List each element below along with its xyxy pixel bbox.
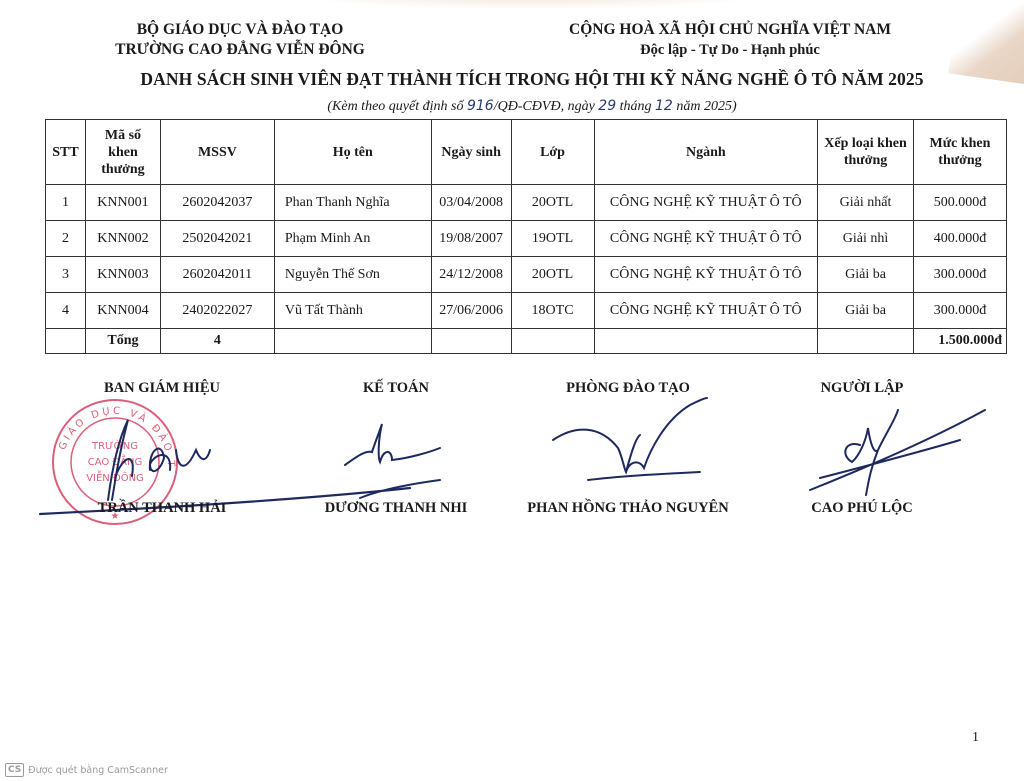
scanner-watermark: CS Được quét bằng CamScanner <box>5 763 168 777</box>
cell-dob: 19/08/2007 <box>431 221 511 257</box>
cell-major: CÔNG NGHỆ KỸ THUẬT Ô TÔ <box>594 221 818 257</box>
cell-amount: 400.000đ <box>913 221 1006 257</box>
ministry-header: BỘ GIÁO DỤC VÀ ĐÀO TẠO TRƯỜNG CAO ĐẲNG V… <box>90 20 390 60</box>
cell-class: 18OTC <box>511 293 594 329</box>
ministry-name: BỘ GIÁO DỤC VÀ ĐÀO TẠO <box>90 20 390 40</box>
table-row: 2KNN0022502042021Phạm Minh An19/08/20071… <box>46 221 1007 257</box>
cell-name: Nguyễn Thế Sơn <box>274 257 431 293</box>
table-row: 3KNN0032602042011Nguyễn Thế Sơn24/12/200… <box>46 257 1007 293</box>
total-empty-cell <box>274 329 431 354</box>
document-title: DANH SÁCH SINH VIÊN ĐẠT THÀNH TÍCH TRONG… <box>0 69 1024 90</box>
table-row: 1KNN0012602042037Phan Thanh Nghĩa03/04/2… <box>46 185 1007 221</box>
cell-name: Phan Thanh Nghĩa <box>274 185 431 221</box>
table-row: 4KNN0042402022027Vũ Tất Thành27/06/20061… <box>46 293 1007 329</box>
cell-rank: Giải nhất <box>818 185 914 221</box>
cell-stt: 2 <box>46 221 86 257</box>
column-header: Ngành <box>594 120 818 185</box>
cell-code: KNN004 <box>85 293 160 329</box>
subtitle-suffix: năm 2025) <box>673 99 737 114</box>
total-empty-cell <box>818 329 914 354</box>
column-header: Mã số khen thưởng <box>85 120 160 185</box>
cell-dob: 27/06/2006 <box>431 293 511 329</box>
cell-stt: 3 <box>46 257 86 293</box>
cell-name: Phạm Minh An <box>274 221 431 257</box>
cell-code: KNN003 <box>85 257 160 293</box>
cell-amount: 300.000đ <box>913 293 1006 329</box>
signature-accountant <box>345 424 440 465</box>
cell-class: 20OTL <box>511 185 594 221</box>
total-count: 4 <box>160 329 274 354</box>
signature-name-preparer: CAO PHÚ LỘC <box>742 500 982 517</box>
scan-shadow-top <box>250 0 810 8</box>
national-header: CỘNG HOÀ XÃ HỘI CHỦ NGHĨA VIỆT NAM Độc l… <box>540 20 920 60</box>
total-empty-cell <box>431 329 511 354</box>
signature-role-training: PHÒNG ĐÀO TẠO <box>508 380 748 397</box>
cell-stt: 4 <box>46 293 86 329</box>
national-motto: Độc lập - Tự Do - Hạnh phúc <box>540 40 920 60</box>
cell-amount: 300.000đ <box>913 257 1006 293</box>
decision-day: 29 <box>598 98 616 114</box>
cell-code: KNN001 <box>85 185 160 221</box>
svg-text:TRƯỜNG: TRƯỜNG <box>91 439 138 452</box>
cell-rank: Giải ba <box>818 293 914 329</box>
cell-rank: Giải nhì <box>818 221 914 257</box>
decision-number: 916 <box>467 98 494 114</box>
signature-name-accountant: DƯƠNG THANH NHI <box>276 500 516 517</box>
award-table: STTMã số khen thưởngMSSVHọ tênNgày sinhL… <box>45 119 1007 354</box>
table-header-row: STTMã số khen thưởngMSSVHọ tênNgày sinhL… <box>46 120 1007 185</box>
cell-dob: 03/04/2008 <box>431 185 511 221</box>
column-header: Lớp <box>511 120 594 185</box>
cell-class: 20OTL <box>511 257 594 293</box>
subtitle-mid2: tháng <box>616 99 655 114</box>
cell-mssv: 2502042021 <box>160 221 274 257</box>
cell-mssv: 2402022027 <box>160 293 274 329</box>
column-header: MSSV <box>160 120 274 185</box>
total-empty-cell <box>46 329 86 354</box>
signature-preparer <box>810 410 985 495</box>
total-amount: 1.500.000đ <box>913 329 1006 354</box>
signature-name-board: TRẦN THANH HẢI <box>42 500 282 517</box>
total-label: Tổng <box>85 329 160 354</box>
cell-dob: 24/12/2008 <box>431 257 511 293</box>
signature-role-board: BAN GIÁM HIỆU <box>42 380 282 397</box>
total-empty-cell <box>511 329 594 354</box>
decision-month: 12 <box>655 98 673 114</box>
subtitle-prefix: (Kèm theo quyết định số <box>327 99 467 114</box>
total-empty-cell <box>594 329 818 354</box>
column-header: STT <box>46 120 86 185</box>
cell-major: CÔNG NGHỆ KỸ THUẬT Ô TÔ <box>594 257 818 293</box>
signature-role-accountant: KẾ TOÁN <box>276 380 516 397</box>
document-subtitle: (Kèm theo quyết định số 916/QĐ-CĐVĐ, ngà… <box>0 98 1024 115</box>
cell-code: KNN002 <box>85 221 160 257</box>
column-header: Mức khen thưởng <box>913 120 1006 185</box>
camscanner-logo-icon: CS <box>5 763 24 777</box>
school-name: TRƯỜNG CAO ĐẲNG VIỄN ĐÔNG <box>90 40 390 60</box>
signature-role-preparer: NGƯỜI LẬP <box>742 380 982 397</box>
cell-major: CÔNG NGHỆ KỸ THUẬT Ô TÔ <box>594 293 818 329</box>
cell-mssv: 2602042011 <box>160 257 274 293</box>
cell-stt: 1 <box>46 185 86 221</box>
country-name: CỘNG HOÀ XÃ HỘI CHỦ NGHĨA VIỆT NAM <box>540 20 920 40</box>
signature-name-training: PHAN HỒNG THẢO NGUYÊN <box>508 500 748 517</box>
column-header: Xếp loại khen thưởng <box>818 120 914 185</box>
cell-amount: 500.000đ <box>913 185 1006 221</box>
cell-rank: Giải ba <box>818 257 914 293</box>
page-number: 1 <box>972 730 979 746</box>
cell-major: CÔNG NGHỆ KỸ THUẬT Ô TÔ <box>594 185 818 221</box>
cell-class: 19OTL <box>511 221 594 257</box>
scanner-watermark-text: Được quét bằng CamScanner <box>28 765 168 776</box>
subtitle-mid: /QĐ-CĐVĐ, ngày <box>494 99 599 114</box>
column-header: Họ tên <box>274 120 431 185</box>
signature-training <box>553 398 707 472</box>
cell-name: Vũ Tất Thành <box>274 293 431 329</box>
svg-text:CAO ĐẲNG: CAO ĐẲNG <box>88 453 143 468</box>
total-row: Tổng41.500.000đ <box>46 329 1007 354</box>
column-header: Ngày sinh <box>431 120 511 185</box>
cell-mssv: 2602042037 <box>160 185 274 221</box>
svg-text:VIỄN ĐÔNG: VIỄN ĐÔNG <box>86 469 144 484</box>
